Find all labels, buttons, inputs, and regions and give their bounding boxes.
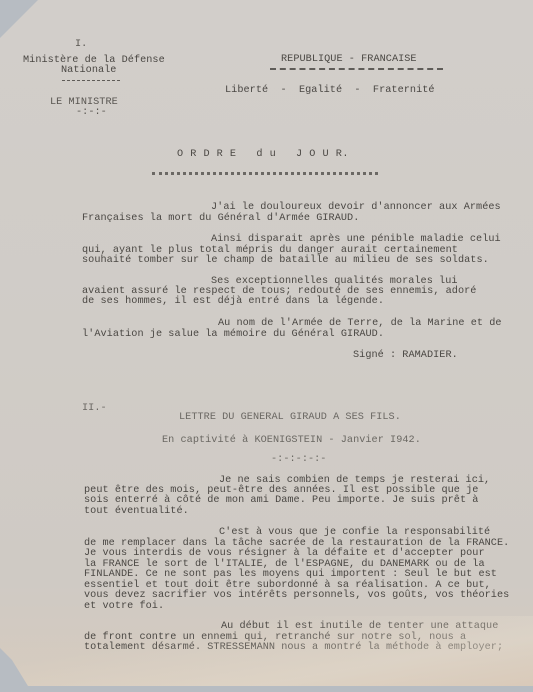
letter-p2-line8: et votre foi. [84, 602, 164, 612]
letter-p2-line7: vous devez sacrifier vos intérêts person… [84, 591, 509, 601]
ministry-name-line2: Nationale [61, 66, 116, 76]
letter-p1-line3: sois enterré à côté de mon ami Dame. Peu… [84, 496, 478, 506]
section-number-2: II.- [82, 404, 107, 414]
order-p2-line1: Ainsi disparait après une pénible maladi… [211, 235, 501, 245]
letter-p2-line1: C'est à vous que je confie la responsabi… [219, 528, 490, 538]
typewritten-page: I. Ministère de la Défense Nationale LE … [0, 0, 533, 686]
letter-p2-line5: FINLANDE. Ce ne sont pas les moyens qui … [84, 570, 497, 580]
order-p1-line1: J'ai le douloureux devoir d'annoncer aux… [211, 203, 501, 213]
minister-ornament: -:-:- [76, 108, 107, 118]
order-title: O R D R E d u J O U R. [177, 150, 349, 160]
republic-underline [270, 68, 443, 70]
letter-title: LETTRE DU GENERAL GIRAUD A SES FILS. [179, 413, 401, 423]
ministry-separator [62, 80, 120, 81]
letter-p3-line1: Au début il est inutile de tenter une at… [221, 622, 498, 632]
section-number-1: I. [75, 40, 87, 50]
letter-ornament: -:-:-:-:- [271, 455, 326, 465]
republic-heading: REPUBLIQUE - FRANCAISE [281, 55, 417, 65]
national-motto: Liberté - Egalité - Fraternité [225, 86, 435, 96]
letter-p1-line4: tout éventualité. [84, 507, 189, 517]
order-p3-line3: de ses hommes, il est déjà entré dans la… [82, 297, 384, 307]
letter-subtitle: En captivité à KOENIGSTEIN - Janvier I94… [162, 436, 421, 446]
letter-p3-line2: de front contre un ennemi qui, retranché… [84, 633, 466, 643]
order-p2-line3: souhaité tomber sur le champ de bataille… [82, 256, 489, 266]
letter-p3-line3: totalement désarmé. STRESSEMANN nous a m… [84, 643, 503, 653]
letter-p2-line3: Je vous interdis de vous résigner à la d… [84, 549, 485, 559]
order-p4-line2: l'Aviation je salue la mémoire du Généra… [82, 330, 384, 340]
order-signature: Signé : RAMADIER. [353, 351, 458, 361]
order-p1-line2: Françaises la mort du Général d'Armée GI… [82, 214, 359, 224]
order-p4-line1: Au nom de l'Armée de Terre, de la Marine… [218, 319, 502, 329]
order-title-underline [152, 172, 378, 175]
